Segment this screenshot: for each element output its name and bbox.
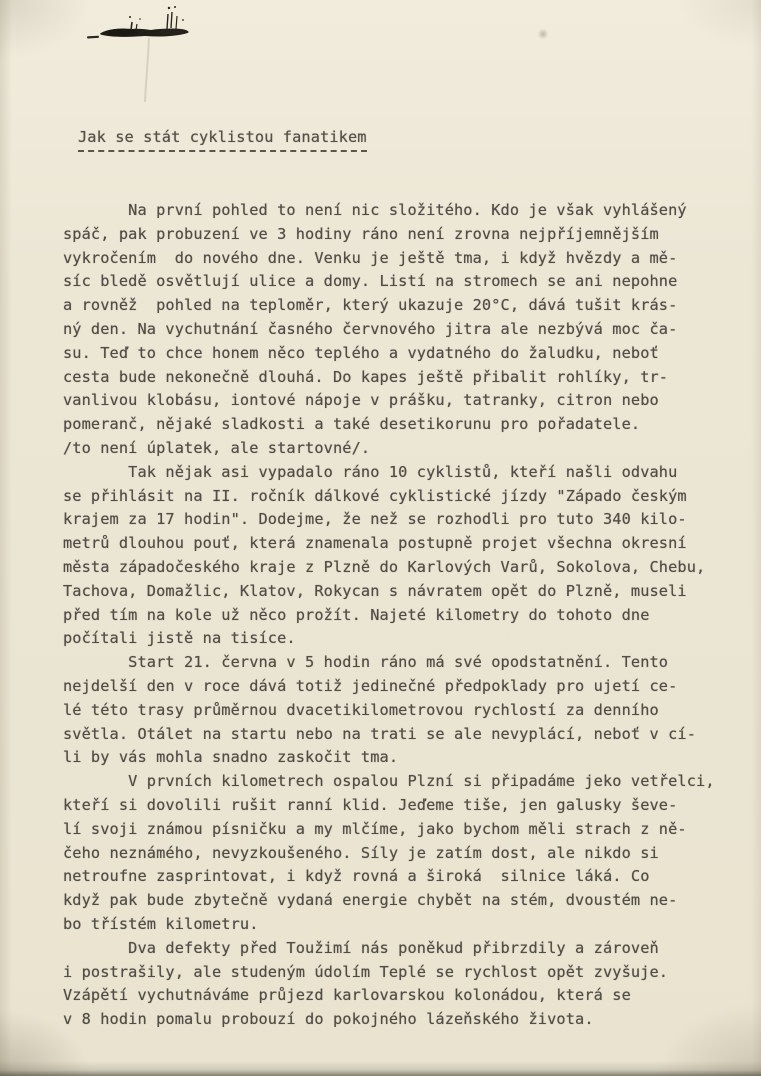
typewritten-line: vanlivou klobásu, iontové nápoje v prášk…	[63, 389, 733, 413]
paragraph-4: V prvních kilometrech ospalou Plzní si p…	[63, 770, 733, 937]
typewritten-line: krajem za 17 hodin". Dodejme, že než se …	[63, 508, 733, 532]
typewritten-line: spáč, pak probuzení ve 3 hodiny ráno nen…	[63, 223, 733, 247]
paragraph-3: Start 21. června v 5 hodin ráno má své o…	[63, 651, 733, 770]
document-body: Na první pohled to není nic složitého. K…	[63, 199, 733, 1032]
typewritten-line: světla. Otálet na startu nebo na trati s…	[63, 723, 733, 747]
typewritten-line: Dva defekty před Toužimí nás poněkud při…	[63, 937, 733, 961]
typewritten-line: počítali jistě na tisíce.	[63, 627, 733, 651]
typewritten-line: lé této trasy průměrnou dvacetikilometro…	[63, 699, 733, 723]
typewritten-line: V prvních kilometrech ospalou Plzní si p…	[63, 770, 733, 794]
typewritten-line: města západočeského kraje z Plzně do Kar…	[63, 556, 733, 580]
typewritten-line: /to není úplatek, ale startovné/.	[63, 437, 733, 461]
typewritten-line: cesta bude nekonečně dlouhá. Do kapes je…	[63, 366, 733, 390]
paragraph-5: Dva defekty před Toužimí nás poněkud při…	[63, 937, 733, 1032]
typewritten-line: v 8 hodin pomalu probouzí do pokojného l…	[63, 1008, 733, 1032]
typewritten-line: Tak nějak asi vypadalo ráno 10 cyklistů,…	[63, 461, 733, 485]
typewritten-line: Vzápětí vychutnáváme průjezd karlovarsko…	[63, 984, 733, 1008]
paragraph-2: Tak nějak asi vypadalo ráno 10 cyklistů,…	[63, 461, 733, 651]
typewritten-line: netroufne zasprintovat, i když rovná a š…	[63, 865, 733, 889]
typewritten-line: nejdelší den v roce dává totiž jedinečné…	[63, 675, 733, 699]
typewritten-line: Na první pohled to není nic složitého. K…	[63, 199, 733, 223]
typewritten-line: pomeranč, nějaké sladkosti a také deseti…	[63, 413, 733, 437]
faint-speck	[538, 28, 548, 40]
scanned-page: Jak se stát cyklistou fanatikem Na první…	[0, 0, 761, 1076]
typewritten-line: když pak bude zbytečně vydaná energie ch…	[63, 889, 733, 913]
typewritten-line: li by vás mohla snadno zaskočit tma.	[63, 746, 733, 770]
typewritten-line: se přihlásit na II. ročník dálkové cykli…	[63, 485, 733, 509]
typewritten-line: vykročením do nového dne. Venku je ještě…	[63, 247, 733, 271]
typewritten-line: su. Teď to chce honem něco teplého a vyd…	[63, 342, 733, 366]
typewritten-line: lí svoji známou písničku a my mlčíme, ja…	[63, 818, 733, 842]
typewritten-line: síc bledě osvětlují ulice a domy. Listí …	[63, 270, 733, 294]
typewritten-line: Start 21. června v 5 hodin ráno má své o…	[63, 651, 733, 675]
typewritten-line: bo třístém kilometru.	[63, 913, 733, 937]
typewritten-line: i postrašily, ale studeným údolím Teplé …	[63, 961, 733, 985]
typewritten-line: Tachova, Domažlic, Klatov, Rokycan s náv…	[63, 580, 733, 604]
typewritten-line: metrů dlouhou pouť, která znamenala post…	[63, 532, 733, 556]
typewritten-line: před tím na kole už něco prožít. Najeté …	[63, 604, 733, 628]
typewritten-line: a rovněž pohled na teploměr, který ukazu…	[63, 294, 733, 318]
typewritten-line: ný den. Na vychutnání časného červnového…	[63, 318, 733, 342]
typewritten-line: čeho neznámého, nevyzkoušeného. Síly je …	[63, 842, 733, 866]
typewritten-line: kteří si dovolili rušit ranní klid. Jeďe…	[63, 794, 733, 818]
paragraph-1: Na první pohled to není nic složitého. K…	[63, 199, 733, 461]
document-title: Jak se stát cyklistou fanatikem	[78, 128, 367, 152]
ink-smudge	[85, 4, 215, 114]
